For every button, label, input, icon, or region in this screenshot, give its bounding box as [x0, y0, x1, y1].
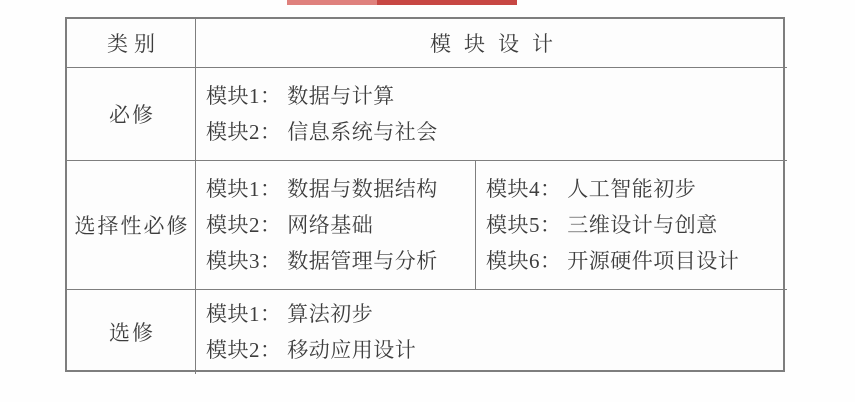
cropped-red-heading-artifact: [287, 0, 517, 5]
module-line: 模块4： 人工智能初步: [486, 171, 787, 207]
screenshot-canvas: 类别 模块设计 必修 模块1： 数据与计算 模块2： 信息系统与社会 选择性必修…: [0, 0, 855, 402]
module-line: 模块1： 算法初步: [206, 296, 787, 332]
module-line: 模块2： 网络基础: [206, 207, 475, 243]
modules-cell-selective-right: 模块4： 人工智能初步 模块5： 三维设计与创意 模块6： 开源硬件项目设计: [475, 160, 787, 289]
curriculum-module-table: 类别 模块设计 必修 模块1： 数据与计算 模块2： 信息系统与社会 选择性必修…: [65, 17, 785, 372]
header-module-design-cell: 模块设计: [195, 19, 787, 67]
modules-cell-selective-left: 模块1： 数据与数据结构 模块2： 网络基础 模块3： 数据管理与分析: [195, 160, 475, 289]
header-category-cell: 类别: [67, 19, 195, 67]
red-band-dark-segment: [377, 0, 517, 5]
module-line: 模块2： 移动应用设计: [206, 332, 787, 368]
red-band-light-segment: [287, 0, 377, 5]
module-line: 模块5： 三维设计与创意: [486, 207, 787, 243]
category-cell-selective-required: 选择性必修: [67, 160, 195, 289]
module-line: 模块3： 数据管理与分析: [206, 243, 475, 279]
category-cell-required: 必修: [67, 67, 195, 160]
module-line: 模块1： 数据与计算: [206, 78, 787, 114]
modules-cell-elective: 模块1： 算法初步 模块2： 移动应用设计: [195, 289, 787, 374]
module-line: 模块1： 数据与数据结构: [206, 171, 475, 207]
module-line: 模块2： 信息系统与社会: [206, 114, 787, 150]
modules-cell-required: 模块1： 数据与计算 模块2： 信息系统与社会: [195, 67, 787, 160]
module-line: 模块6： 开源硬件项目设计: [486, 243, 787, 279]
category-cell-elective: 选修: [67, 289, 195, 374]
